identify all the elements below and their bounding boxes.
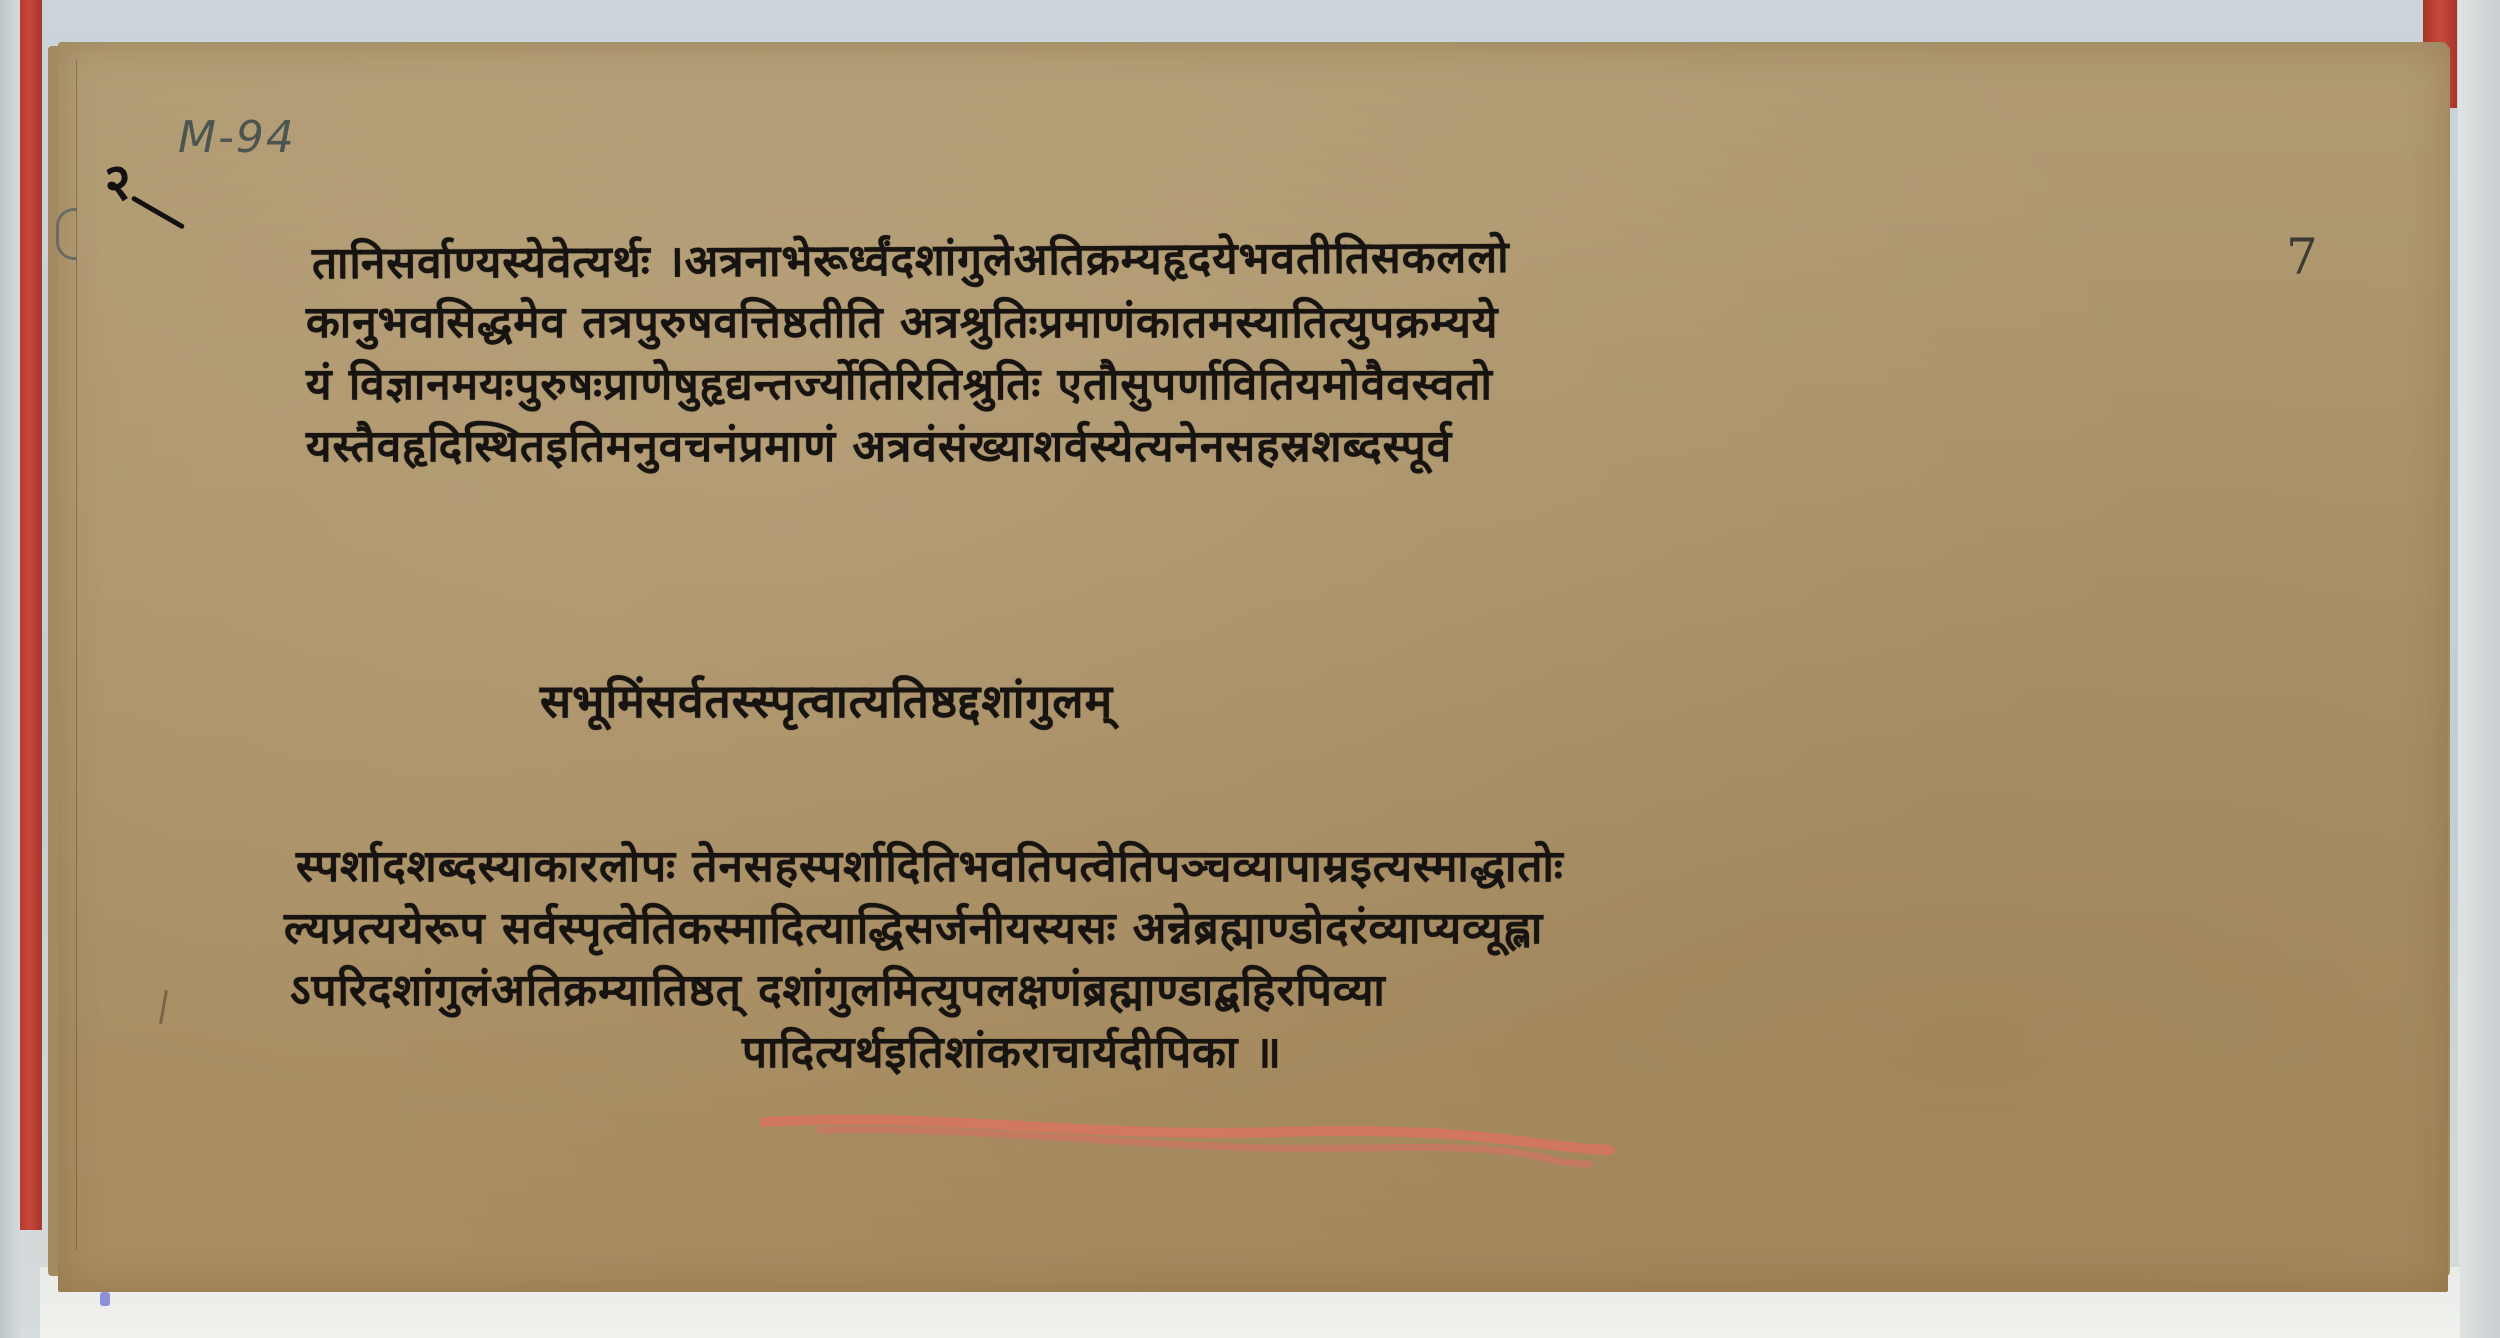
- commentary-line: तानिसर्वाण्यस्येवेत्यर्थः ।अत्रनाभेरूर्ध…: [312, 229, 1510, 293]
- red-binding-strip-left: [20, 0, 42, 1230]
- red-pencil-underline: [760, 1108, 1620, 1168]
- commentary-line: यं विज्ञानमयःपुरुषःप्राणेषुहृद्यन्तर्ज्य…: [306, 356, 1493, 414]
- pencil-bracket-mark: [56, 208, 77, 260]
- commentary-line: यस्तैवहृदिस्थितइतिमनुवचनंप्रमाणं अत्रवंस…: [306, 418, 1452, 476]
- folio-number: 7: [2286, 228, 2318, 286]
- commentary-line: ल्यप्रत्ययेरूप सर्वस्पृत्वेतिकस्मादित्या…: [284, 900, 1543, 958]
- verse-line: सभूमिंसर्वतस्स्पृत्वात्यतिष्ठद्दशांगुलम्: [540, 672, 1113, 730]
- right-mount-edge: [2458, 0, 2500, 1338]
- commentary-line: कानुभवसिद्धमेव तत्रपुरुषवत्तिष्ठतीति अत्…: [306, 294, 1498, 352]
- shelfmark-label: M-94: [178, 112, 296, 163]
- ink-stain: [100, 1292, 110, 1306]
- colophon-line: पादित्यर्थइतिशांकराचार्यदीपिका ॥: [742, 1024, 1282, 1082]
- commentary-line: स्पर्शादशब्दस्याकारलोपः तेनसहस्पर्शादिति…: [296, 838, 1564, 896]
- left-mount-edge: [0, 0, 20, 1338]
- commentary-line: ऽपरिदशांगुलंअतिक्रम्यातिष्ठत् दशांगुलमित…: [290, 962, 1386, 1020]
